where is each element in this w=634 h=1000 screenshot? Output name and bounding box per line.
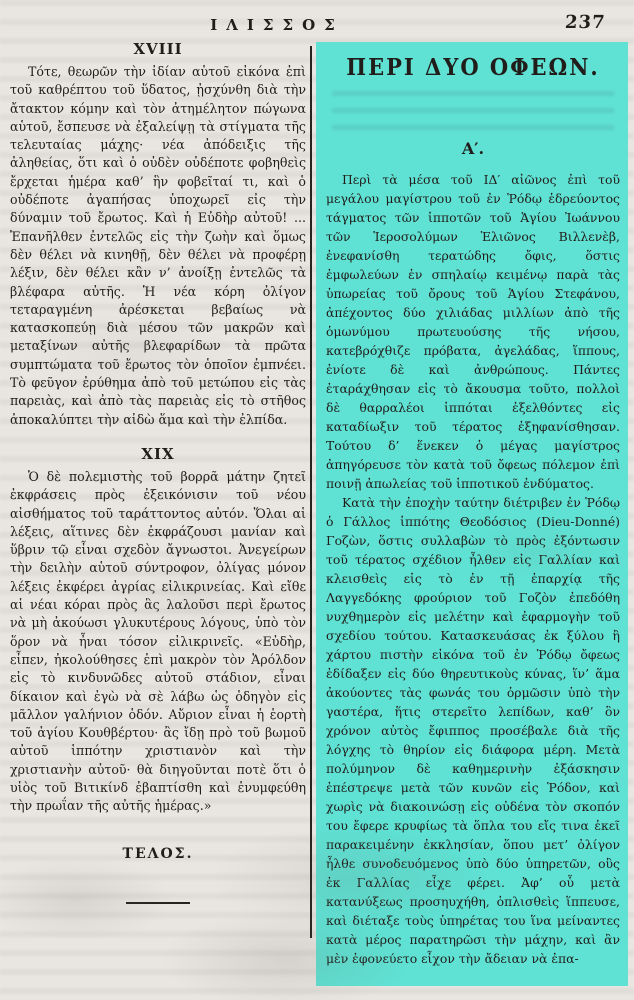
left-column: XVIII Τότε, θεωρῶν τὴν ἰδίαν αὑτοῦ εἰκόν… [10, 40, 306, 904]
bleed-through-smudge [332, 83, 614, 135]
article-title: ΠΕΡΙ ΔΥΟ ΟΦΕΩΝ. [326, 53, 620, 81]
column-divider-rule [310, 46, 312, 938]
separator-rule [126, 902, 190, 904]
page-number: 237 [565, 12, 607, 33]
right-column-highlighted-article: ΠΕΡΙ ΔΥΟ ΟΦΕΩΝ. Α′. Περὶ τὰ μέσα τοῦ ΙΔ′… [316, 42, 628, 986]
journal-title: ΙΛΙΣΣΟΣ [0, 16, 554, 34]
section-xviii-paragraph: Τότε, θεωρῶν τὴν ἰδίαν αὑτοῦ εἰκόνα ἐπὶ … [10, 63, 306, 429]
article-section-label: Α′. [326, 139, 620, 158]
article-paragraph-2: Κατὰ τὴν ἐποχὴν ταύτην διέτριβεν ἐν Ῥόδῳ… [326, 493, 620, 968]
section-xix-paragraph: Ὁ δὲ πολεμιστὴς τοῦ βορρᾶ μάτην ζητεῖ ἐκ… [10, 468, 306, 816]
section-heading-xix: XIX [10, 445, 306, 463]
article-paragraph-1: Περὶ τὰ μέσα τοῦ ΙΔ′ αἰῶνος ἐπὶ τοῦ μεγά… [326, 170, 620, 493]
page-header: ΙΛΙΣΣΟΣ 237 [0, 10, 634, 40]
section-heading-xviii: XVIII [10, 40, 306, 58]
end-mark-telos: ΤΕΛΟΣ. [10, 846, 306, 862]
scanned-page: ΙΛΙΣΣΟΣ 237 XVIII Τότε, θεωρῶν τὴν ἰδίαν… [0, 0, 634, 1000]
